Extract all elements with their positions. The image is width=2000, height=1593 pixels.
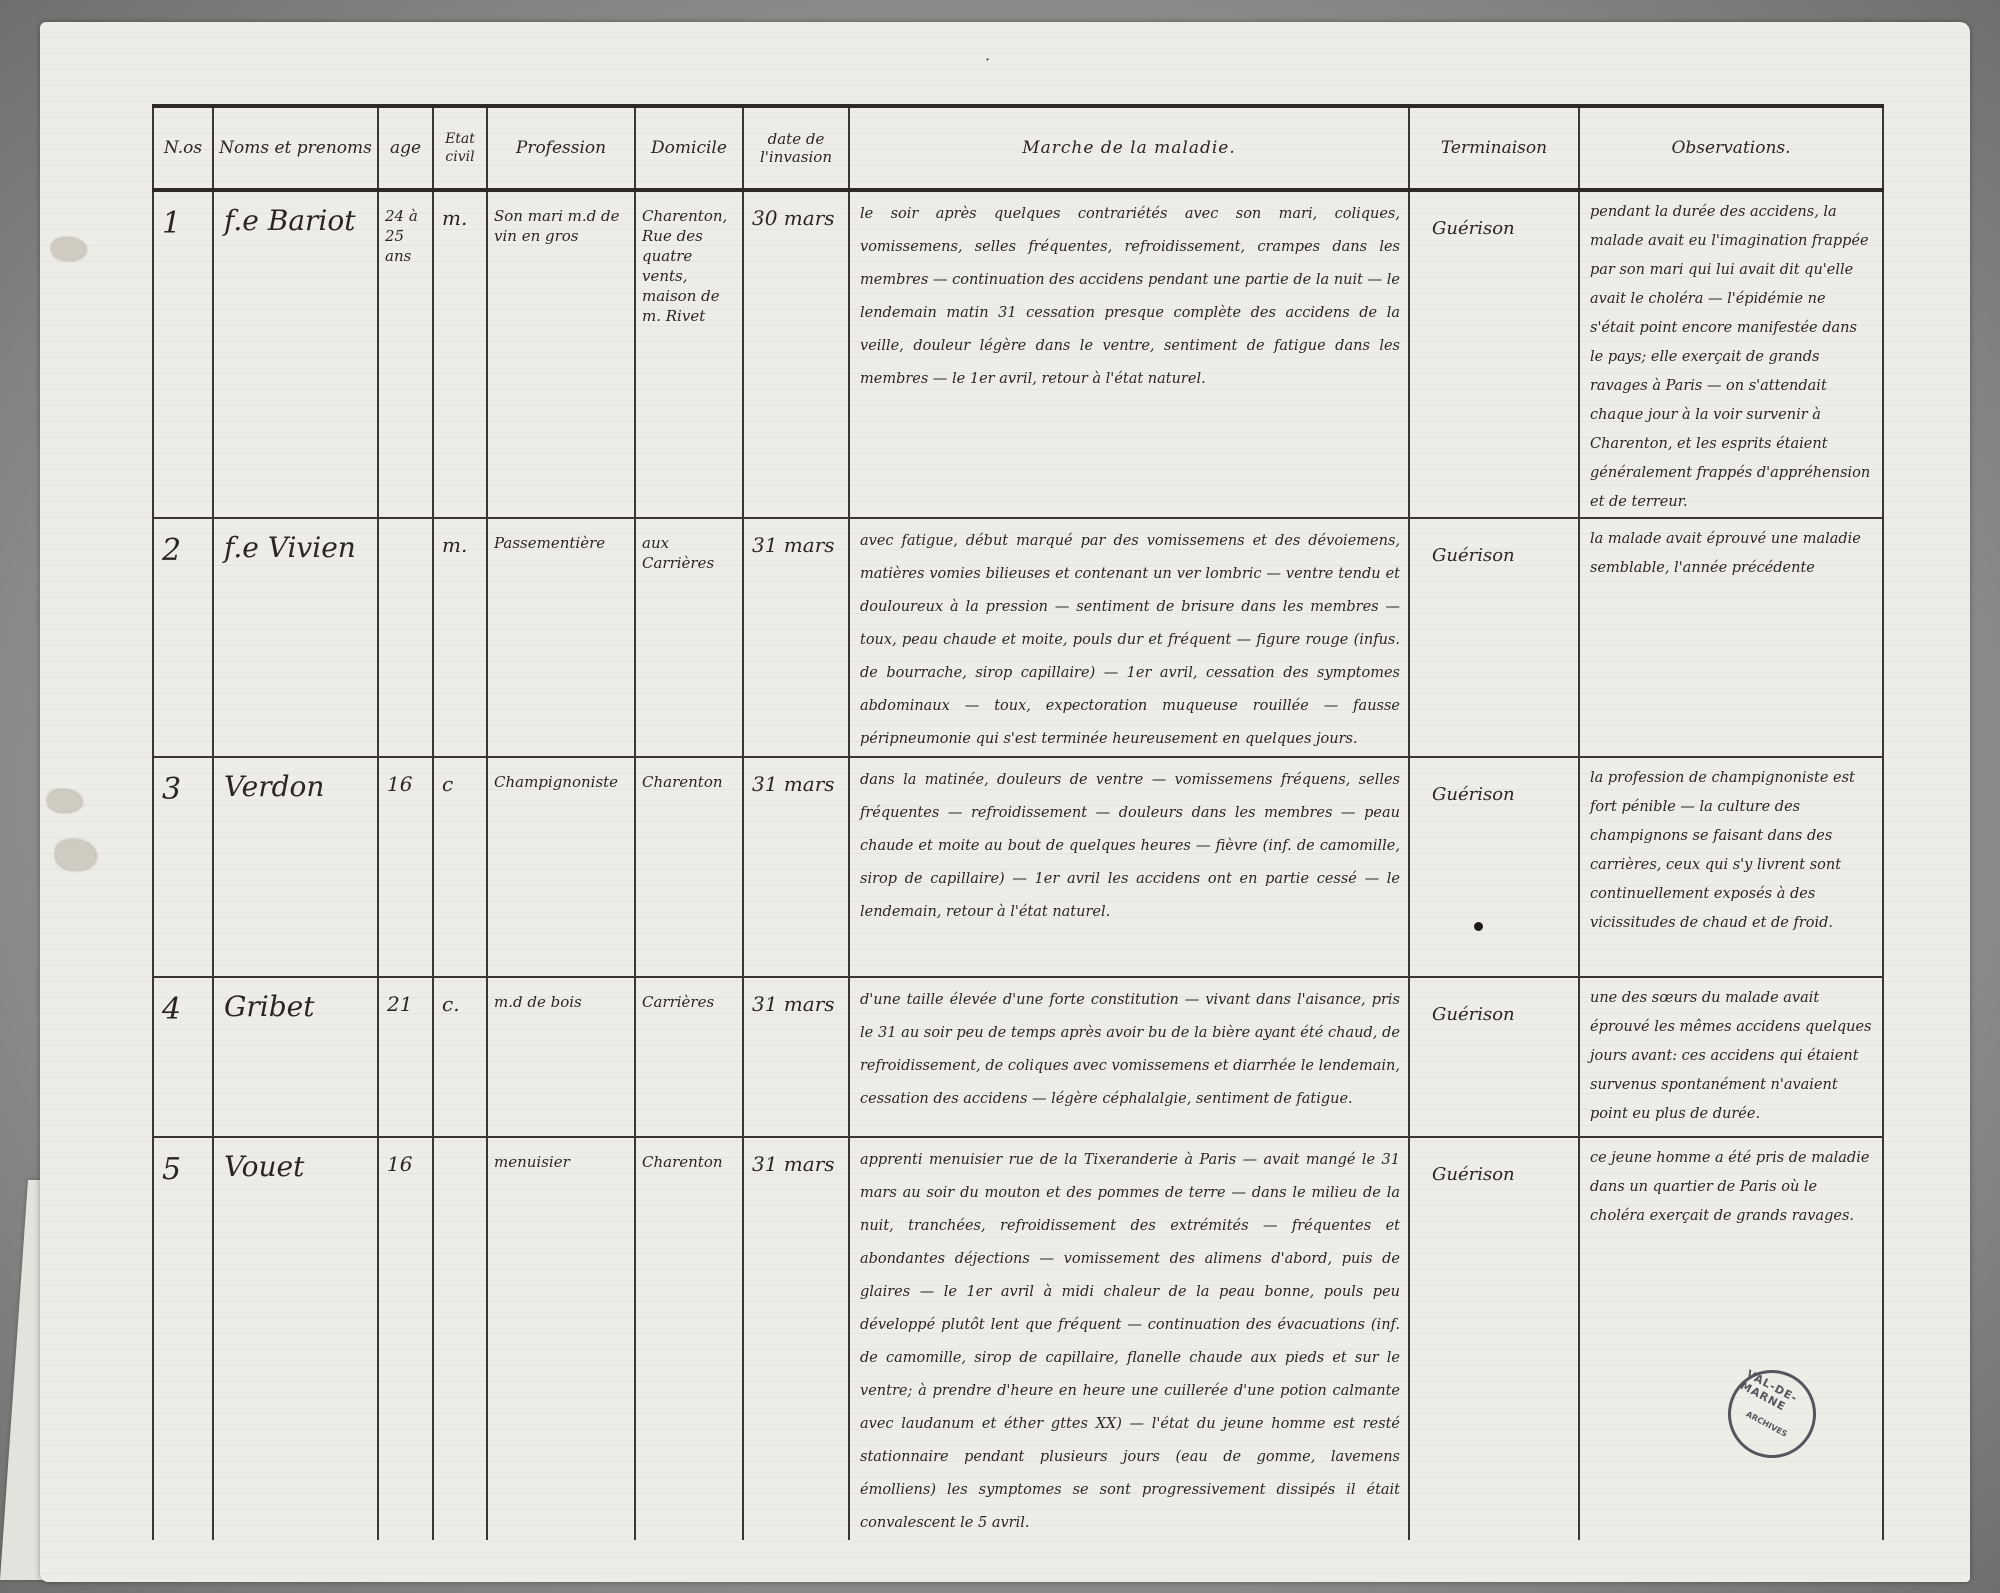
col-header-observations: Observations. — [1579, 106, 1883, 190]
cell-observations: la profession de champignoniste est fort… — [1579, 757, 1883, 977]
cell-termination: Guérison — [1409, 190, 1579, 518]
col-header-date: date de l'invasion — [743, 106, 849, 190]
cell-marche: dans la matinée, douleurs de ventre — vo… — [849, 757, 1409, 977]
cell-name: Vouet — [213, 1137, 378, 1540]
cell-date: 31 mars — [743, 1137, 849, 1540]
patient-register-table: N.os Noms et prenoms age Etat civil Prof… — [152, 104, 1884, 1540]
cell-age: 21 — [378, 977, 433, 1137]
cell-marche: avec fatigue, début marqué par des vomis… — [849, 518, 1409, 757]
cell-observations: la malade avait éprouvé une maladie semb… — [1579, 518, 1883, 757]
binding-tie — [48, 790, 82, 812]
cell-domicile: Charenton, Rue des quatre vents, maison … — [635, 190, 743, 518]
cell-termination: Guérison — [1409, 1137, 1579, 1540]
binding-tie — [56, 840, 96, 870]
cell-civil: m. — [433, 190, 487, 518]
table-row: 3 Verdon 16 c Champignoniste Charenton 3… — [153, 757, 1883, 977]
cell-profession: Son mari m.d de vin en gros — [487, 190, 635, 518]
col-header-no: N.os — [153, 106, 213, 190]
table-row: 2 f.e Vivien m. Passementière aux Carriè… — [153, 518, 1883, 757]
table-row: 1 f.e Bariot 24 à 25 ans m. Son mari m.d… — [153, 190, 1883, 518]
cell-termination: Guérison — [1409, 518, 1579, 757]
col-header-termination: Terminaison — [1409, 106, 1579, 190]
cell-profession: menuisier — [487, 1137, 635, 1540]
cell-domicile: Charenton — [635, 1137, 743, 1540]
cell-name: Verdon — [213, 757, 378, 977]
page-mark: · — [985, 50, 990, 69]
cell-observations: une des sœurs du malade avait éprouvé le… — [1579, 977, 1883, 1137]
cell-age: 16 — [378, 757, 433, 977]
cell-domicile: Carrières — [635, 977, 743, 1137]
cell-termination: Guérison — [1409, 977, 1579, 1137]
cell-marche: d'une taille élevée d'une forte constitu… — [849, 977, 1409, 1137]
cell-civil: c — [433, 757, 487, 977]
cell-age: 24 à 25 ans — [378, 190, 433, 518]
cell-profession: Champignoniste — [487, 757, 635, 977]
cell-age — [378, 518, 433, 757]
cell-profession: Passementière — [487, 518, 635, 757]
table-row: 4 Gribet 21 c. m.d de bois Carrières 31 … — [153, 977, 1883, 1137]
cell-name: f.e Bariot — [213, 190, 378, 518]
cell-date: 31 mars — [743, 977, 849, 1137]
cell-civil: c. — [433, 977, 487, 1137]
cell-termination: Guérison — [1409, 757, 1579, 977]
cell-profession: m.d de bois — [487, 977, 635, 1137]
cell-name: Gribet — [213, 977, 378, 1137]
cell-age: 16 — [378, 1137, 433, 1540]
col-header-age: age — [378, 106, 433, 190]
col-header-marche: Marche de la maladie. — [849, 106, 1409, 190]
cell-date: 30 mars — [743, 190, 849, 518]
header-row: N.os Noms et prenoms age Etat civil Prof… — [153, 106, 1883, 190]
cell-marche: le soir après quelques contrariétés avec… — [849, 190, 1409, 518]
cell-observations: ce jeune homme a été pris de maladie dan… — [1579, 1137, 1883, 1540]
col-header-domicile: Domicile — [635, 106, 743, 190]
cell-observations: pendant la durée des accidens, la malade… — [1579, 190, 1883, 518]
cell-no: 2 — [153, 518, 213, 757]
col-header-name: Noms et prenoms — [213, 106, 378, 190]
col-header-civil: Etat civil — [433, 106, 487, 190]
cell-civil — [433, 1137, 487, 1540]
cell-name: f.e Vivien — [213, 518, 378, 757]
cell-date: 31 mars — [743, 757, 849, 977]
cell-domicile: Charenton — [635, 757, 743, 977]
cell-civil: m. — [433, 518, 487, 757]
cell-domicile: aux Carrières — [635, 518, 743, 757]
table-row: 5 Vouet 16 menuisier Charenton 31 mars a… — [153, 1137, 1883, 1540]
cell-no: 5 — [153, 1137, 213, 1540]
col-header-profession: Profession — [487, 106, 635, 190]
cell-no: 4 — [153, 977, 213, 1137]
cell-marche: apprenti menuisier rue de la Tixeranderi… — [849, 1137, 1409, 1540]
cell-date: 31 mars — [743, 518, 849, 757]
ink-blot — [1474, 922, 1483, 931]
binding-tie — [52, 238, 86, 260]
cell-no: 3 — [153, 757, 213, 977]
cell-no: 1 — [153, 190, 213, 518]
